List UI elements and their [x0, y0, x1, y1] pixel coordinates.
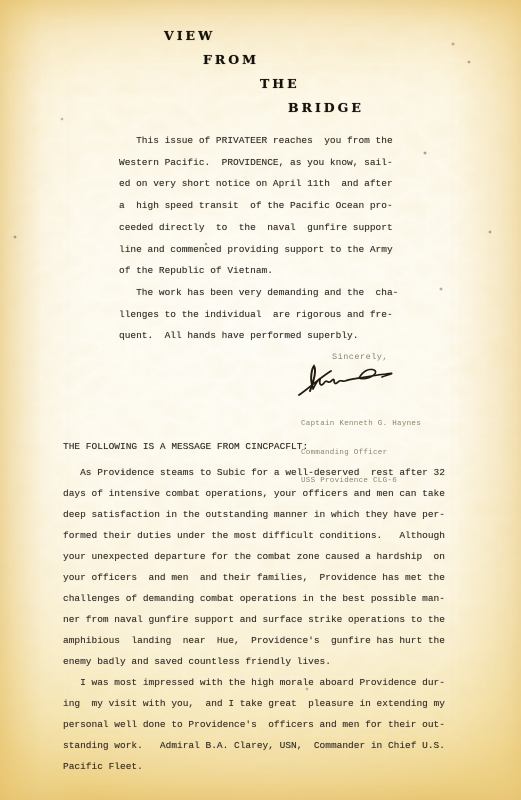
text-line: of the Republic of Vietnam.	[119, 260, 398, 282]
masthead-line: THE	[260, 76, 300, 91]
text-line: days of intensive combat operations, you…	[63, 483, 445, 504]
text-line: ner from naval gunfire support and surfa…	[63, 609, 445, 630]
paper-specks	[0, 0, 2, 2]
text-line: amphibious landing near Hue, Providence'…	[63, 630, 445, 651]
text-line: personal well done to Providence's offic…	[63, 714, 445, 735]
masthead-line: FROM	[203, 52, 259, 67]
text-line: line and commenced providing support to …	[119, 239, 398, 261]
text-line: llenges to the individual are rigorous a…	[119, 304, 398, 326]
signer-name: Captain Kenneth G. Haynes	[301, 420, 421, 430]
closing-sincerely: Sincerely,	[332, 352, 388, 362]
text-line: challenges of demanding combat operation…	[63, 588, 445, 609]
text-line: ceeded directly to the naval gunfire sup…	[119, 217, 398, 239]
cincpacflt-message-body: As Providence steams to Subic for a well…	[63, 462, 445, 777]
text-line: Western Pacific. PROVIDENCE, as you know…	[119, 152, 398, 174]
text-line: ing my visit with you, and I take great …	[63, 693, 445, 714]
text-line: deep satisfaction in the outstanding man…	[63, 504, 445, 525]
masthead-line: BRIDGE	[288, 100, 364, 115]
cincpacflt-heading: THE FOLLOWING IS A MESSAGE FROM CINCPACF…	[63, 441, 308, 452]
signature-scrawl	[296, 362, 396, 400]
text-line: ed on very short notice on April 11th an…	[119, 173, 398, 195]
text-line: Pacific Fleet.	[63, 756, 445, 777]
text-line: I was most impressed with the high moral…	[63, 672, 445, 693]
text-line: enemy badly and saved countless friendly…	[63, 651, 445, 672]
captains-letter-body: This issue of PRIVATEER reaches you from…	[119, 130, 398, 347]
text-line: The work has been very demanding and the…	[119, 282, 398, 304]
text-line: As Providence steams to Subic for a well…	[63, 462, 445, 483]
text-line: a high speed transit of the Pacific Ocea…	[119, 195, 398, 217]
signer-title: Commanding Officer	[301, 449, 421, 459]
masthead-line: VIEW	[164, 28, 215, 43]
text-line: This issue of PRIVATEER reaches you from…	[119, 130, 398, 152]
text-line: your unexpected departure for the combat…	[63, 546, 445, 567]
text-line: quent. All hands have performed superbly…	[119, 325, 398, 347]
scanned-newsletter-page: VIEW FROM THE BRIDGE This issue of PRIVA…	[0, 0, 521, 800]
text-line: standing work. Admiral B.A. Clarey, USN,…	[63, 735, 445, 756]
text-line: formed their duties under the most diffi…	[63, 525, 445, 546]
text-line: your officers and men and their families…	[63, 567, 445, 588]
